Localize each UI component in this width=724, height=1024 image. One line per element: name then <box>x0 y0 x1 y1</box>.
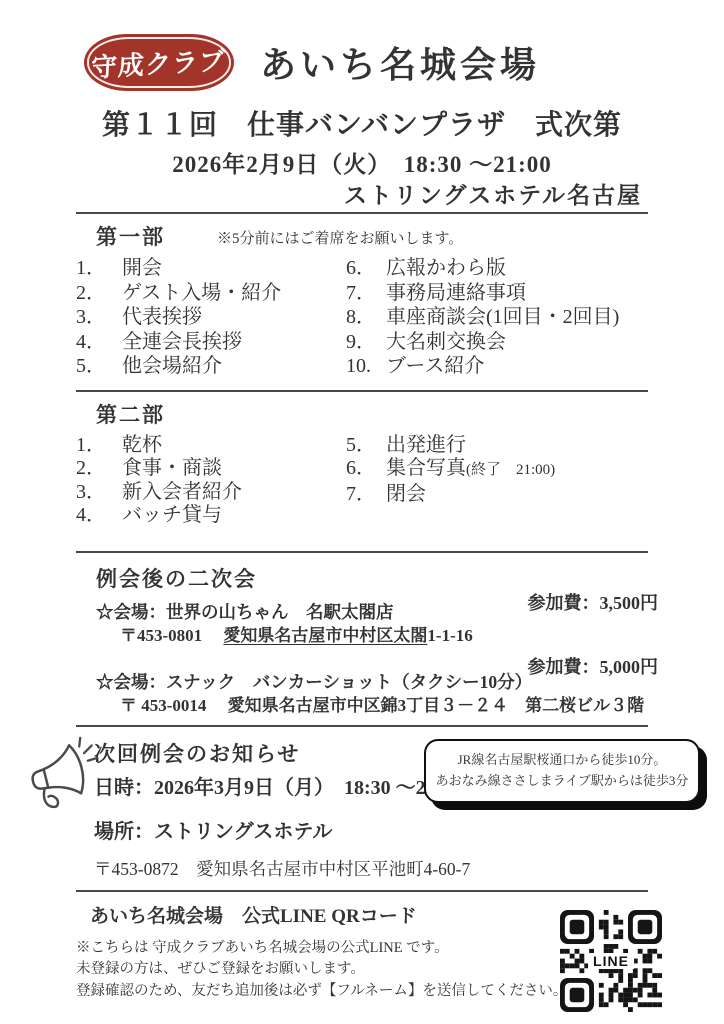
item-number: 8． <box>346 305 386 330</box>
item-number: 6． <box>346 457 386 481</box>
item-label: 出発進行 <box>386 434 466 456</box>
item-number: 5． <box>346 434 386 458</box>
item-label: 閉会 <box>386 483 426 505</box>
item-label: 代表挨拶 <box>122 306 202 328</box>
next-meeting-title: 次回例会のお知らせ <box>94 741 300 767</box>
list-item: 3．新入会者紹介 <box>76 481 346 505</box>
next-meeting-address: 〒453-0872 愛知県名古屋市中村区平池町4-60-7 <box>94 857 648 881</box>
item-label: 車座商談会(1回目・2回目) <box>386 306 619 328</box>
qr-line-label: LINE <box>588 953 634 969</box>
list-item: 1．乾杯 <box>76 434 346 458</box>
header: 守成クラブ あいち名城会場 第１１回 仕事バンバンプラザ 式次第 2026年2月… <box>76 0 648 209</box>
section-next-meeting: 次回例会のお知らせ JR線名古屋駅桜通口から徒歩10分。 あおなみ線ささしまライ… <box>76 727 648 887</box>
venue-address: 〒 453-0014 愛知県名古屋市中区錦3丁目３－２４ 第二桜ビル３階 <box>120 694 648 718</box>
part1-heading-row: 第一部 ※5分前にはご着席をお願いします。 <box>96 224 648 250</box>
afterparty-venue-1: 参加費：3,500円 ☆会場：世界の山ちゃん 名駅太閤店 〒453-0801 愛… <box>96 600 648 648</box>
line-note-1: ※こちらは 守成クラブあいち名城会場の公式LINE です。 <box>76 938 518 960</box>
venue-fee: 参加費：3,500円 <box>528 589 659 615</box>
list-item: 5．他会場紹介 <box>76 354 346 379</box>
venue-fee: 参加費：5,000円 <box>528 653 659 679</box>
event-title: 第１１回 仕事バンバンプラザ 式次第 <box>76 107 648 145</box>
item-label: 集合写真 <box>386 457 466 479</box>
list-item: 8．車座商談会(1回目・2回目) <box>346 305 648 330</box>
item-number: 5． <box>76 354 122 379</box>
list-item: 2．食事・商談 <box>76 457 346 481</box>
list-item: 4．全連会長挨拶 <box>76 330 346 355</box>
list-item: 6．広報かわら版 <box>346 256 648 281</box>
afterparty-title: 例会後の二次会 <box>96 566 257 592</box>
part1-list-right: 6．広報かわら版 7．事務局連絡事項 8．車座商談会(1回目・2回目) 9．大名… <box>346 256 648 379</box>
item-label: 大名刺交換会 <box>386 331 506 353</box>
item-number: 7． <box>346 483 386 507</box>
item-number: 1． <box>76 256 122 281</box>
item-number: 6． <box>346 256 386 281</box>
line-notes: ※こちらは 守成クラブあいち名城会場の公式LINE です。 未登録の方は、ぜひご… <box>76 938 518 1003</box>
section-line-qr: あいち名城会場 公式LINE QRコード ※こちらは 守成クラブあいち名城会場の… <box>76 892 648 1003</box>
item-label: ゲスト入場・紹介 <box>122 282 281 304</box>
item-label: 新入会者紹介 <box>122 481 242 503</box>
item-number: 7． <box>346 281 386 306</box>
access-note-bubble: JR線名古屋駅桜通口から徒歩10分。 あおなみ線ささしまライブ駅からは徒歩3分 <box>424 739 700 803</box>
part2-list-right: 5．出発進行 6．集合写真(終了 21:00) 7．閉会 <box>346 434 648 528</box>
list-item: 1．開会 <box>76 256 346 281</box>
event-datetime: 2026年2月9日（火） 18:30 〜21:00 <box>76 150 648 180</box>
venue-title: あいち名城会場 <box>260 37 540 88</box>
part2-list-left: 1．乾杯 2．食事・商談 3．新入会者紹介 4．バッチ貸与 <box>76 434 346 528</box>
item-label: 全連会長挨拶 <box>122 331 242 353</box>
megaphone-icon <box>24 733 104 819</box>
list-item: 7．閉会 <box>346 483 648 507</box>
item-number: 10. <box>346 354 386 379</box>
logo-row: 守成クラブ あいち名城会場 <box>84 0 648 91</box>
item-number: 4． <box>76 504 122 528</box>
list-item: 7．事務局連絡事項 <box>346 281 648 306</box>
logo-text: 守成クラブ <box>91 40 228 84</box>
part1-columns: 1．開会 2．ゲスト入場・紹介 3．代表挨拶 4．全連会長挨拶 5．他会場紹介 … <box>76 256 648 379</box>
flyer-page: 守成クラブ あいち名城会場 第１１回 仕事バンバンプラザ 式次第 2026年2月… <box>0 0 724 1024</box>
section-afterparty: 例会後の二次会 参加費：3,500円 ☆会場：世界の山ちゃん 名駅太閤店 〒45… <box>76 553 648 722</box>
flyer-content: 守成クラブ あいち名城会場 第１１回 仕事バンバンプラザ 式次第 2026年2月… <box>0 0 724 1002</box>
list-item: 10.ブース紹介 <box>346 354 648 379</box>
item-label: 乾杯 <box>122 434 162 456</box>
item-label: バッチ貸与 <box>122 504 222 526</box>
venue-address: 〒453-0801 愛知県名古屋市中村区太閤1-1-16 <box>120 624 648 648</box>
line-note-2: 未登録の方は、ぜひご登録をお願いします。 <box>76 959 518 981</box>
list-item: 5．出発進行 <box>346 434 648 458</box>
item-number: 2． <box>76 457 122 481</box>
item-number: 2． <box>76 281 122 306</box>
part2-title: 第二部 <box>96 402 165 428</box>
list-item: 6．集合写真(終了 21:00) <box>346 457 648 483</box>
item-label: 事務局連絡事項 <box>386 282 526 304</box>
section-part2: 第二部 1．乾杯 2．食事・商談 3．新入会者紹介 4．バッチ貸与 5．出発進行… <box>76 392 648 548</box>
part1-title: 第一部 <box>96 224 165 250</box>
line-note-3: 登録確認のため、友だち追加後は必ず【フルネーム】を送信してください。 <box>76 981 518 1003</box>
item-number: 1． <box>76 434 122 458</box>
item-label: 他会場紹介 <box>122 355 222 377</box>
part1-list-left: 1．開会 2．ゲスト入場・紹介 3．代表挨拶 4．全連会長挨拶 5．他会場紹介 <box>76 256 346 379</box>
item-label: ブース紹介 <box>386 355 484 377</box>
venue-address-main: 愛知県名古屋市中区錦3丁目３－２４ 第二桜ビル３階 <box>228 696 645 715</box>
access-note-line2: あおなみ線ささしまライブ駅からは徒歩3分 <box>436 771 689 792</box>
part1-note: ※5分前にはご着席をお願いします。 <box>217 227 463 250</box>
next-meeting-place: 場所：ストリングスホテル <box>94 819 648 845</box>
access-note-line1: JR線名古屋駅桜通口から徒歩10分。 <box>458 750 667 771</box>
list-item: 3．代表挨拶 <box>76 305 346 330</box>
shusei-club-logo: 守成クラブ <box>84 34 234 91</box>
item-number: 4． <box>76 330 122 355</box>
part2-columns: 1．乾杯 2．食事・商談 3．新入会者紹介 4．バッチ貸与 5．出発進行 6．集… <box>76 434 648 528</box>
afterparty-venue-2: 参加費：5,000円 ☆会場：スナック バンカーショット（タクシー10分） 〒 … <box>96 670 648 718</box>
line-qr-code: LINE <box>560 910 662 1012</box>
section-part1: 第一部 ※5分前にはご着席をお願いします。 1．開会 2．ゲスト入場・紹介 3．… <box>76 214 648 387</box>
venue-address-main: 愛知県名古屋市中村区太閤 <box>223 626 427 645</box>
item-label: 開会 <box>122 257 162 279</box>
venue-postal: 〒 453-0014 <box>120 696 206 715</box>
item-number: 3． <box>76 305 122 330</box>
part2-heading-row: 第二部 <box>96 402 648 428</box>
list-item: 9．大名刺交換会 <box>346 330 648 355</box>
venue-address-tail: 1-1-16 <box>427 626 472 645</box>
item-number: 3． <box>76 481 122 505</box>
item-label: 食事・商談 <box>122 457 222 479</box>
item-number: 9． <box>346 330 386 355</box>
list-item: 4．バッチ貸与 <box>76 504 346 528</box>
item-suffix: (終了 21:00) <box>466 462 555 478</box>
venue-postal: 〒453-0801 <box>120 626 202 645</box>
event-location: ストリングスホテル名古屋 <box>76 182 648 209</box>
item-label: 広報かわら版 <box>386 257 506 279</box>
list-item: 2．ゲスト入場・紹介 <box>76 281 346 306</box>
